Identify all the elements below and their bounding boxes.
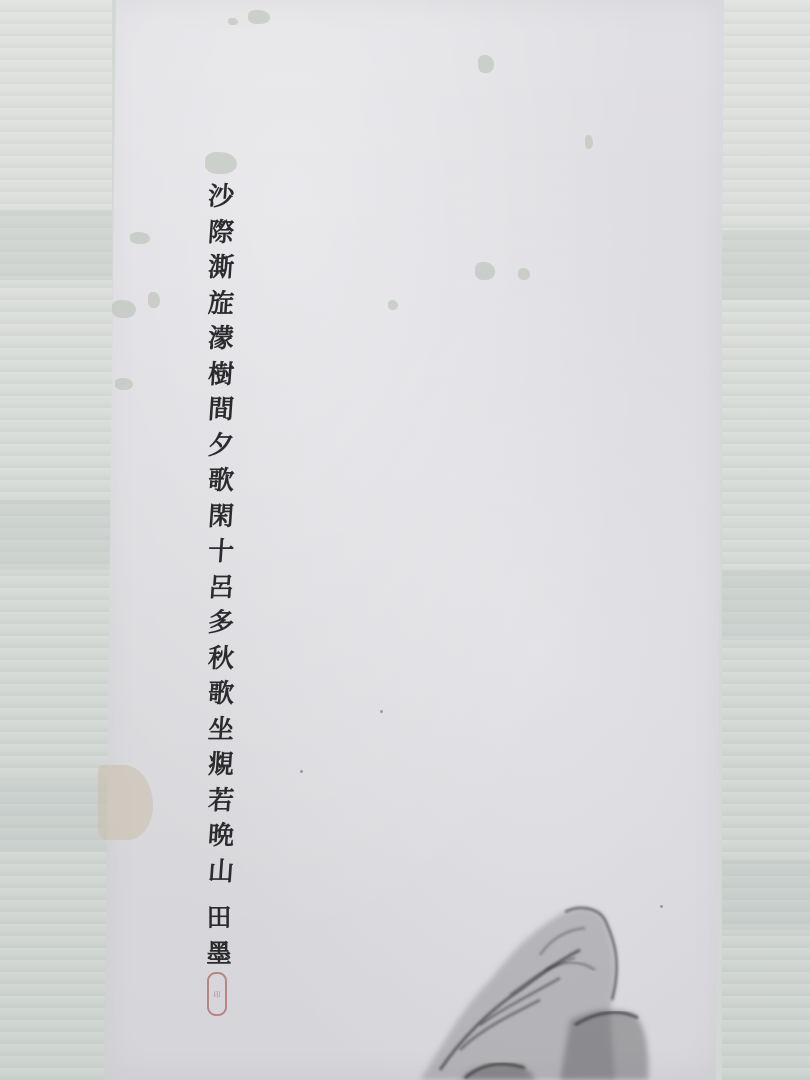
paper-speck (380, 710, 383, 713)
paper-stain (475, 262, 495, 280)
inscription-char: 間 (207, 393, 235, 429)
inscription-char: 秋 (207, 642, 235, 678)
mount-fabric-band (722, 860, 810, 930)
scroll-mounting-right (722, 0, 810, 1080)
inscription-char: 樹 (207, 358, 235, 394)
paper-stain (205, 152, 237, 174)
mount-fabric-band (722, 230, 810, 300)
scroll-mounting-left (0, 0, 112, 1080)
inscription-column: 沙 際 澌 㫌 濛 樹 間 夕 歌 閑 十 呂 多 秋 歌 坐 覜 若 晩 山 (196, 180, 246, 890)
inscription-char: 閑 (207, 500, 235, 536)
paper-stain (148, 292, 160, 308)
inscription-char: 十 (207, 535, 235, 571)
inscription-char: 覜 (207, 748, 235, 784)
signature-char: 墨 (206, 936, 231, 972)
inscription-char: 呂 (207, 571, 235, 607)
paper-stain (115, 378, 133, 390)
inscription-char: 山 (207, 855, 235, 891)
seal-text: 印 (212, 991, 222, 998)
inscription-char: 夕 (207, 429, 235, 465)
mount-fabric-band (0, 780, 112, 850)
mount-fabric-band (722, 570, 810, 640)
inscription-char: 㫌 (207, 287, 235, 323)
mount-fabric-band (0, 210, 112, 280)
artist-signature: 田 墨 (199, 900, 239, 972)
inscription-char: 多 (207, 606, 235, 642)
inscription-char: 際 (207, 216, 235, 252)
paper-speck (300, 770, 303, 773)
paper-stain (248, 10, 270, 24)
inscription-char: 歌 (207, 677, 235, 713)
signature-char: 田 (206, 900, 231, 936)
mount-fabric-band (0, 500, 112, 570)
ink-mountain-painting (400, 900, 720, 1080)
paper-stain (478, 55, 494, 73)
inscription-char: 澌 (207, 251, 235, 287)
inscription-char: 坐 (207, 713, 235, 749)
inscription-char: 晩 (207, 819, 235, 855)
paper-stain (585, 135, 593, 149)
paper-stain (388, 300, 398, 310)
inscription-char: 沙 (207, 180, 235, 216)
paper-stain (130, 232, 150, 244)
inscription-char: 濛 (207, 322, 235, 358)
inscription-char: 歌 (207, 464, 235, 500)
inscription-char: 若 (207, 784, 235, 820)
paper-stain (112, 300, 136, 318)
paper-stain (518, 268, 530, 280)
red-seal-stamp: 印 (207, 972, 227, 1016)
paper-stain (228, 18, 238, 25)
